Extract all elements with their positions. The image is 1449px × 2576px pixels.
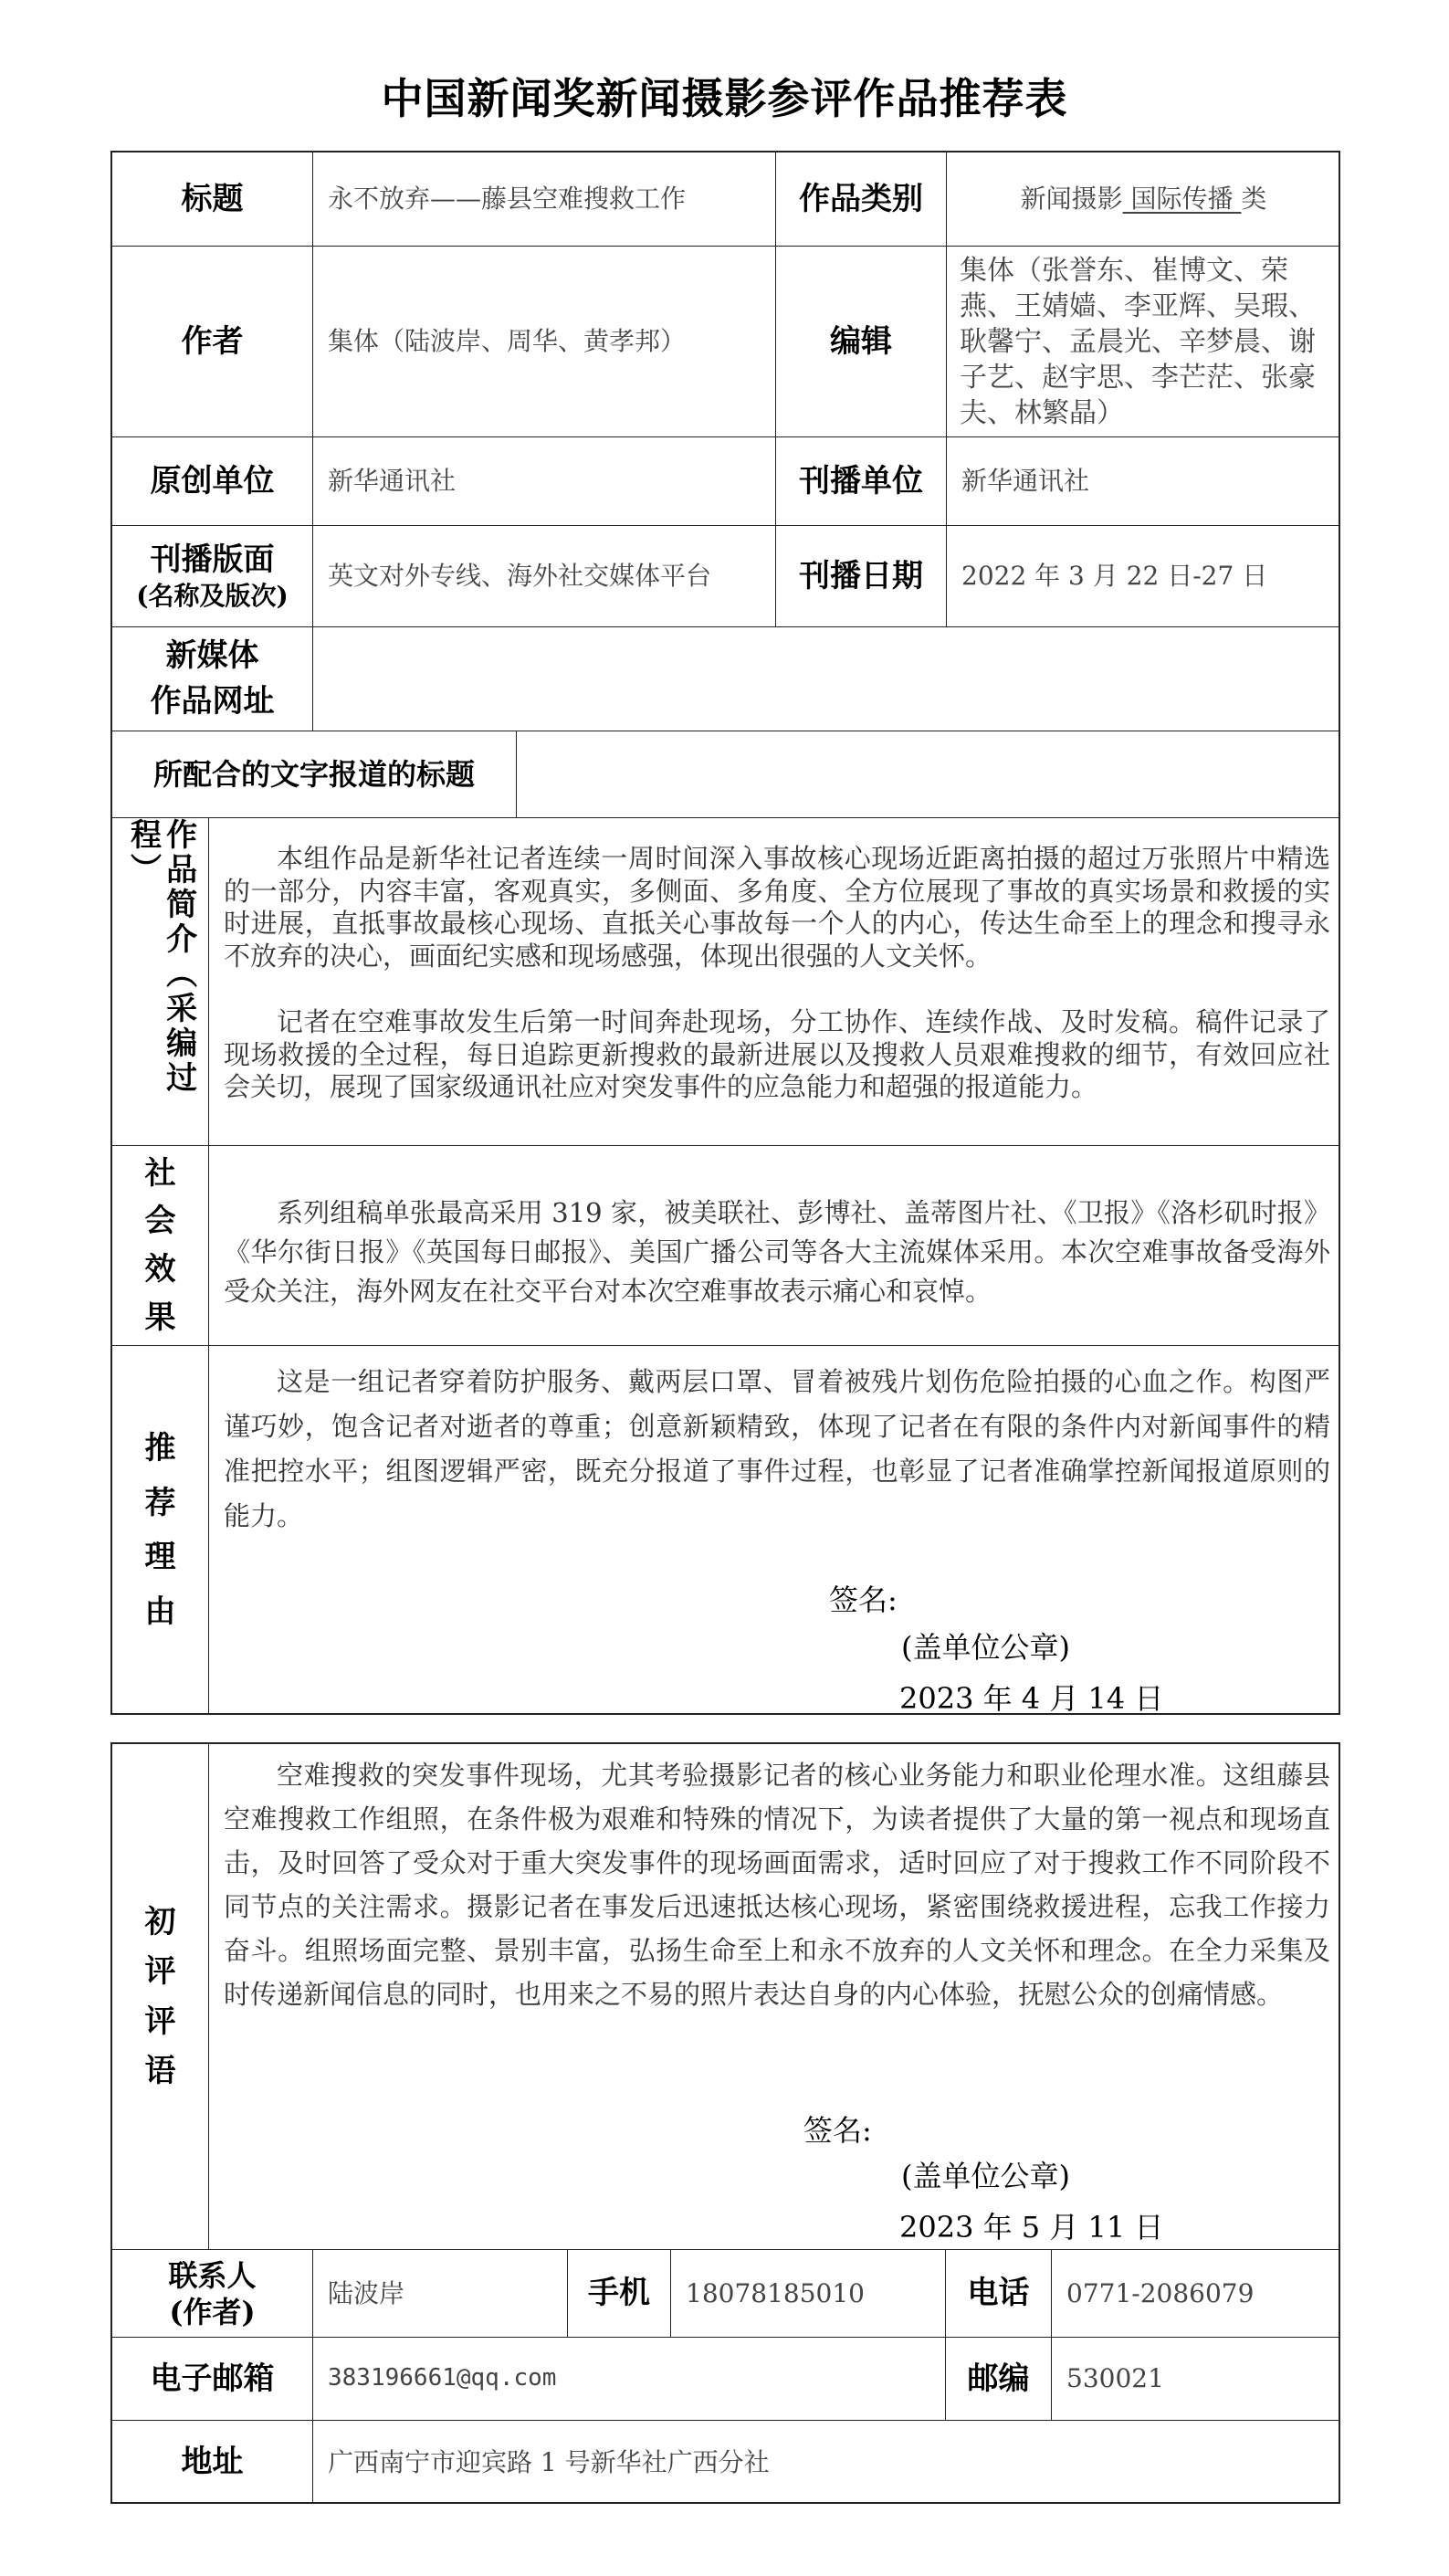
contact-person-label: 联系人 (作者) [112, 2250, 313, 2338]
editor-label: 编辑 [776, 247, 947, 437]
intro-paragraph-1: 本组作品是新华社记者连续一周时间深入事故核心现场近距离拍摄的超过万张照片中精选的… [224, 843, 1330, 973]
intro-label-vertical: 作品简介（采编过程） [124, 818, 195, 1145]
address-value: 广西南宁市迎宾路 1 号新华社广西分社 [313, 2421, 1340, 2504]
new-media-label-line2: 作品网址 [151, 679, 275, 724]
category-suffix: 类 [1241, 182, 1266, 216]
publish-date-label: 刊播日期 [776, 526, 947, 627]
publish-unit-label: 刊播单位 [776, 437, 947, 526]
recommendation-date: 2023 年 4 月 14 日 [899, 1676, 1163, 1718]
publish-section-label-sub: (名称及版次) [136, 580, 289, 612]
publish-date-value: 2022 年 3 月 22 日-27 日 [947, 526, 1340, 627]
original-unit-value: 新华通讯社 [313, 437, 776, 526]
category-underlined-value: 国际传播 [1123, 182, 1242, 216]
preliminary-review-label: 初 评 评 语 [112, 1744, 209, 2250]
social-effect-char-1: 社 [145, 1150, 176, 1198]
postcode-value: 530021 [1052, 2338, 1340, 2421]
social-effect-text: 系列组稿单张最高采用 319 家，被美联社、彭博社、盖蒂图片社、《卫报》《洛杉矶… [224, 1193, 1330, 1311]
publish-section-label-main: 刊播版面 [151, 541, 275, 580]
phone-label: 电话 [946, 2250, 1052, 2338]
title-label: 标题 [112, 152, 313, 247]
contact-label-line2: (作者) [169, 2294, 255, 2330]
category-prefix: 新闻摄影 [1021, 182, 1123, 216]
preliminary-review-char-2: 评 [145, 1947, 176, 1996]
recommendation-label: 推 荐 理 由 [112, 1346, 209, 1715]
new-media-url-value [313, 627, 1340, 731]
recommendation-char-1: 推 [145, 1422, 176, 1477]
social-effect-char-4: 果 [145, 1294, 176, 1342]
intro-label-part1: 作品简介 [161, 818, 197, 957]
editor-value: 集体（张誉东、崔博文、荣燕、王婧嫱、李亚辉、吴瑕、耿馨宁、孟晨光、辛梦晨、谢子艺… [947, 247, 1340, 437]
preliminary-review-text: 空难搜救的突发事件现场，尤其考验摄影记者的核心业务能力和职业伦理水准。这组藤县空… [224, 1753, 1330, 2016]
mobile-value: 18078185010 [671, 2250, 946, 2338]
recommendation-seal-label: (盖单位公章) [901, 1624, 1070, 1667]
phone-value: 0771-2086079 [1052, 2250, 1340, 2338]
preliminary-review-char-4: 语 [145, 2046, 176, 2096]
publish-section-value: 英文对外专线、海外社交媒体平台 [313, 526, 776, 627]
recommendation-char-4: 由 [145, 1585, 176, 1640]
original-unit-label: 原创单位 [112, 437, 313, 526]
recommendation-signature-label: 签名: [829, 1577, 898, 1619]
recommendation-char-2: 荐 [145, 1477, 176, 1531]
preliminary-review-char-3: 评 [145, 1997, 176, 2046]
social-effect-label: 社 会 效 果 [112, 1146, 209, 1346]
matching-text-title-value [517, 731, 1340, 818]
preliminary-review-date: 2023 年 5 月 11 日 [899, 2204, 1163, 2246]
matching-text-title-label: 所配合的文字报道的标题 [112, 731, 517, 818]
postcode-label: 邮编 [946, 2338, 1052, 2421]
address-label: 地址 [112, 2421, 313, 2504]
recommendation-text: 这是一组记者穿着防护服务、戴两层口罩、冒着被残片划伤危险拍摄的心血之作。构图严谨… [224, 1360, 1330, 1539]
new-media-label-line1: 新媒体 [166, 634, 259, 678]
mobile-label: 手机 [568, 2250, 671, 2338]
intro-label: 作品简介（采编过程） [112, 818, 209, 1146]
new-media-url-label: 新媒体 作品网址 [112, 627, 313, 731]
email-value: 383196661@qq.com [313, 2338, 946, 2421]
recommendation-char-3: 理 [145, 1530, 176, 1585]
preliminary-review-signature-label: 签名: [803, 2108, 872, 2150]
title-value: 永不放弃——藤县空难搜救工作 [313, 152, 776, 247]
page-title: 中国新闻奖新闻摄影参评作品推荐表 [0, 66, 1449, 126]
social-effect-char-3: 效 [145, 1246, 176, 1294]
preliminary-review-char-1: 初 [145, 1898, 176, 1947]
author-value: 集体（陆波岸、周华、黄孝邦） [313, 247, 776, 437]
intro-paragraph-2: 记者在空难事故发生后第一时间奔赴现场，分工协作、连续作战、及时发稿。稿件记录了现… [224, 1006, 1330, 1104]
review-contact-table: 初 评 评 语 空难搜救的突发事件现场，尤其考验摄影记者的核心业务能力和职业伦理… [110, 1742, 1340, 2504]
email-label: 电子邮箱 [112, 2338, 313, 2421]
preliminary-review-seal-label: (盖单位公章) [901, 2153, 1070, 2195]
author-label: 作者 [112, 247, 313, 437]
contact-label-line1: 联系人 [168, 2257, 256, 2294]
contact-person-value: 陆波岸 [313, 2250, 568, 2338]
social-effect-char-2: 会 [145, 1197, 176, 1246]
publish-section-label: 刊播版面 (名称及版次) [112, 526, 313, 627]
recommendation-form-table: 标题 永不放弃——藤县空难搜救工作 作品类别 新闻摄影 国际传播 类 作者 集体… [110, 151, 1340, 1715]
category-label: 作品类别 [776, 152, 947, 247]
category-value: 新闻摄影 国际传播 类 [947, 152, 1340, 247]
publish-unit-value: 新华通讯社 [947, 437, 1340, 526]
